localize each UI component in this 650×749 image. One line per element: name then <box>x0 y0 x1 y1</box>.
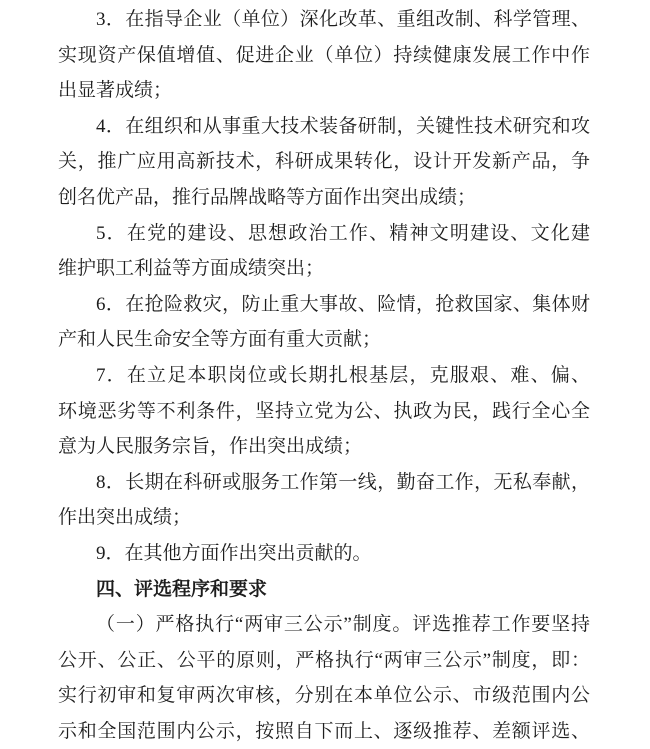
text-line: 环境恶劣等不利条件，坚持立党为公、执政为民，践行全心全 <box>58 394 590 430</box>
document-page: 3．在指导企业（单位）深化改革、重组改制、科学管理、 实现资产保值增值、促进企业… <box>0 0 650 749</box>
text-line: 5．在党的建设、思想政治工作、精神文明建设、文化建设、 <box>58 216 590 252</box>
section-heading-text: 四、评选程序和要求 <box>58 572 590 608</box>
list-item-6: 6．在抢险救灾，防止重大事故、险情，抢救国家、集体财 产和人民生命安全等方面有重… <box>58 287 590 358</box>
text-line: 创名优产品，推行品牌战略等方面作出突出成绩； <box>58 180 590 216</box>
text-line: 意为人民服务宗旨，作出突出成绩； <box>58 429 590 465</box>
text-line: 实现资产保值增值、促进企业（单位）持续健康发展工作中作 <box>58 38 590 74</box>
list-item-8: 8．长期在科研或服务工作第一线，勤奋工作，无私奉献， 作出突出成绩； <box>58 465 590 536</box>
text-line: （一）严格执行“两审三公示”制度。评选推荐工作要坚持 <box>58 607 590 643</box>
paragraph-procedure: （一）严格执行“两审三公示”制度。评选推荐工作要坚持 公开、公正、公平的原则，严… <box>58 607 590 749</box>
list-item-4: 4．在组织和从事重大技术装备研制，关键性技术研究和攻 关，推广应用高新技术，科研… <box>58 109 590 216</box>
text-line: 实行初审和复审两次审核，分别在本单位公示、市级范围内公 <box>58 678 590 714</box>
text-line: 8．长期在科研或服务工作第一线，勤奋工作，无私奉献， <box>58 465 590 501</box>
text-line: 9．在其他方面作出突出贡献的。 <box>58 536 590 572</box>
list-item-7: 7．在立足本职岗位或长期扎根基层，克服艰、难、偏、远、 环境恶劣等不利条件，坚持… <box>58 358 590 465</box>
text-line: 6．在抢险救灾，防止重大事故、险情，抢救国家、集体财 <box>58 287 590 323</box>
list-item-3: 3．在指导企业（单位）深化改革、重组改制、科学管理、 实现资产保值增值、促进企业… <box>58 2 590 109</box>
text-line: 3．在指导企业（单位）深化改革、重组改制、科学管理、 <box>58 2 590 38</box>
text-line: 出显著成绩； <box>58 73 590 109</box>
text-line: 产和人民生命安全等方面有重大贡献； <box>58 322 590 358</box>
text-line: 4．在组织和从事重大技术装备研制，关键性技术研究和攻 <box>58 109 590 145</box>
list-item-9: 9．在其他方面作出突出贡献的。 <box>58 536 590 572</box>
section-heading: 四、评选程序和要求 <box>58 572 590 608</box>
text-line: 示和全国范围内公示，按照自下而上、逐级推荐、差额评选、 <box>58 714 590 749</box>
text-line: 公开、公正、公平的原则，严格执行“两审三公示”制度，即： <box>58 643 590 679</box>
text-line: 关，推广应用高新技术，科研成果转化，设计开发新产品，争 <box>58 144 590 180</box>
text-line: 作出突出成绩； <box>58 500 590 536</box>
text-line: 维护职工利益等方面成绩突出； <box>58 251 590 287</box>
list-item-5: 5．在党的建设、思想政治工作、精神文明建设、文化建设、 维护职工利益等方面成绩突… <box>58 216 590 287</box>
text-line: 7．在立足本职岗位或长期扎根基层，克服艰、难、偏、远、 <box>58 358 590 394</box>
